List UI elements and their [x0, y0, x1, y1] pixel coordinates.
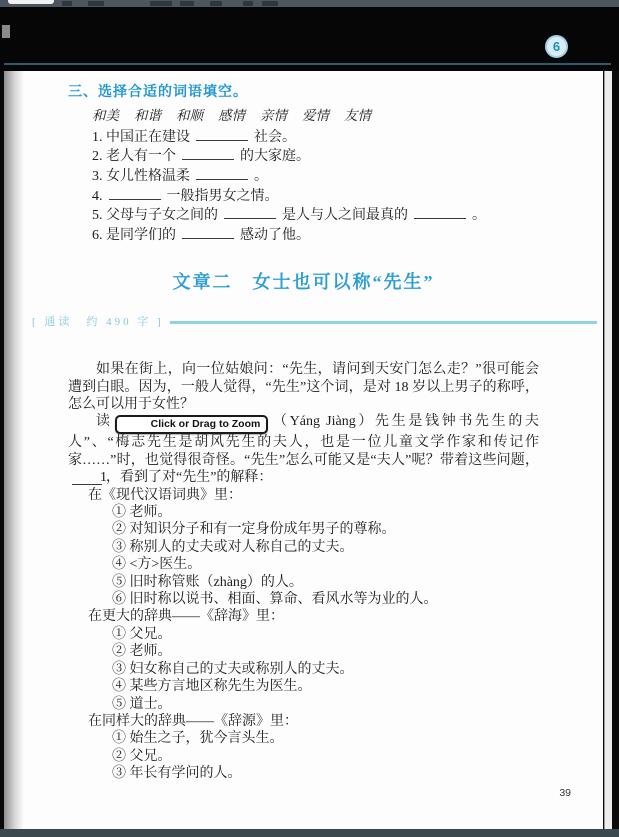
dict-definition: ② 对知识分子和有一定身份成年男子的尊称。 [112, 521, 539, 538]
word-bank-item: 和谐 [134, 107, 161, 124]
toolbar-icon[interactable] [243, 1, 253, 6]
page-content: 三、选择合适的词语填空。 和美和谐和顺感情亲情爱情友情 1. 中国正在建设社会。… [4, 71, 603, 829]
word-bank-item: 友情 [344, 107, 371, 124]
dictionary-section: 在更大的辞典——《辞海》里： ① 父兄。② 老师。③ 妇女称自己的丈夫或称别人的… [68, 608, 539, 712]
dict-definition: ① 始生之子，犹今言头生。 [112, 730, 539, 747]
word-bank: 和美和谐和顺感情亲情爱情友情 [92, 107, 539, 124]
numbered-blank[interactable]: 1 [72, 469, 102, 485]
paragraph-2: 读Click or Drag to Zoom（Yáng Jiàng）先生是钱钟书… [68, 413, 539, 486]
dictionary-section: 在同样大的辞典——《辞源》里： ① 始生之子，犹今言头生。② 父兄。③ 年长有学… [68, 713, 539, 783]
exercise-item: 4.一般指男女之情。 [92, 187, 539, 207]
dict-definition: ④ <方>医生。 [112, 556, 539, 573]
toolbar-icon[interactable] [62, 1, 72, 6]
word-bank-item: 和顺 [176, 107, 203, 124]
right-page-edge [604, 71, 612, 829]
zoom-tooltip: Click or Drag to Zoom [115, 415, 269, 434]
dict-section-items: ① 老师。② 对知识分子和有一定身份成年男子的尊称。③ 称别人的丈夫或对人称自己… [68, 504, 539, 608]
dict-definition: ⑤ 旧时称管账（zhàng）的人。 [112, 574, 539, 591]
fill-blank[interactable] [414, 206, 466, 219]
exercise-item: 2. 老人有一个的大家庭。 [92, 147, 539, 167]
word-bank-item: 和美 [92, 107, 119, 124]
unit-number-badge: 6 [545, 35, 568, 58]
toolbar-icon[interactable] [88, 1, 104, 6]
scan-header-band: 6 [0, 7, 619, 71]
dictionary-section: 在《现代汉语词典》里： ① 老师。② 对知识分子和有一定身份成年男子的尊称。③ … [68, 487, 539, 609]
read-marker: [ 通读 约 490 字 ] [32, 314, 164, 331]
dict-definition: ② 父兄。 [112, 748, 539, 765]
bottom-bar [0, 829, 619, 837]
top-toolbar [0, 0, 619, 7]
exercise-item: 1. 中国正在建设社会。 [92, 128, 539, 148]
dict-definition: ④ 某些方言地区称先生为医生。 [112, 678, 539, 695]
fill-blank[interactable] [109, 187, 161, 200]
article-title: 文章二 女士也可以称“先生” [68, 274, 539, 291]
exercise-items: 1. 中国正在建设社会。 2. 老人有一个的大家庭。 3. 女儿性格温柔。 4.… [92, 128, 539, 246]
fill-blank[interactable] [196, 128, 248, 141]
exercise-item: 5. 父母与子女之间的是人与人之间最真的。 [92, 206, 539, 226]
fill-blank[interactable] [182, 147, 234, 160]
fill-blank[interactable] [224, 206, 276, 219]
toolbar-tab[interactable] [8, 0, 54, 4]
read-marker-row: [ 通读 约 490 字 ] [32, 314, 597, 331]
dict-definition: ③ 年长有学问的人。 [112, 765, 539, 782]
page-canvas[interactable]: 三、选择合适的词语填空。 和美和谐和顺感情亲情爱情友情 1. 中国正在建设社会。… [4, 71, 603, 829]
dict-section-head: 在更大的辞典——《辞海》里： [88, 608, 539, 625]
dict-definition: ② 老师。 [112, 643, 539, 660]
page-edge-notch [2, 25, 10, 38]
dict-section-head: 在《现代汉语词典》里： [88, 487, 539, 504]
toolbar-icon[interactable] [150, 1, 172, 6]
page-number: 39 [559, 787, 571, 799]
word-bank-item: 亲情 [260, 107, 287, 124]
exercise-item: 6. 是同学们的感动了他。 [92, 226, 539, 246]
fill-blank[interactable] [196, 167, 248, 180]
toolbar-icon[interactable] [180, 1, 194, 6]
dict-definition: ③ 称别人的丈夫或对人称自己的丈夫。 [112, 539, 539, 556]
dict-definition: ⑥ 旧时称以说书、相面、算命、看风水等为业的人。 [112, 591, 539, 608]
exercise-heading: 三、选择合适的词语填空。 [68, 83, 539, 100]
exercise-item: 3. 女儿性格温柔。 [92, 167, 539, 187]
toolbar-icon[interactable] [210, 1, 222, 6]
paragraph-1: 如果在街上，向一位姑娘问：“先生，请问到天安门怎么走？”很可能会遭到白眼。因为，… [68, 361, 539, 413]
dict-section-items: ① 父兄。② 老师。③ 妇女称自己的丈夫或称别人的丈夫。④ 某些方言地区称先生为… [68, 626, 539, 713]
dict-section-items: ① 始生之子，犹今言头生。② 父兄。③ 年长有学问的人。 [68, 730, 539, 782]
header-rule [4, 63, 611, 65]
dict-definition: ① 父兄。 [112, 626, 539, 643]
word-bank-item: 感情 [218, 107, 245, 124]
toolbar-icon[interactable] [262, 1, 278, 6]
fill-blank[interactable] [182, 226, 234, 239]
read-rule-line [170, 321, 597, 324]
dict-definition: ③ 妇女称自己的丈夫或称别人的丈夫。 [112, 661, 539, 678]
word-bank-item: 爱情 [302, 107, 329, 124]
dict-definition: ① 老师。 [112, 504, 539, 521]
viewer-screen: 6 三、选择合适的词语填空。 和美和谐和顺感情亲情爱情友情 1. 中国正在建设社… [0, 0, 619, 837]
dict-definition: ⑤ 道士。 [112, 696, 539, 713]
dict-section-head: 在同样大的辞典——《辞源》里： [88, 713, 539, 730]
